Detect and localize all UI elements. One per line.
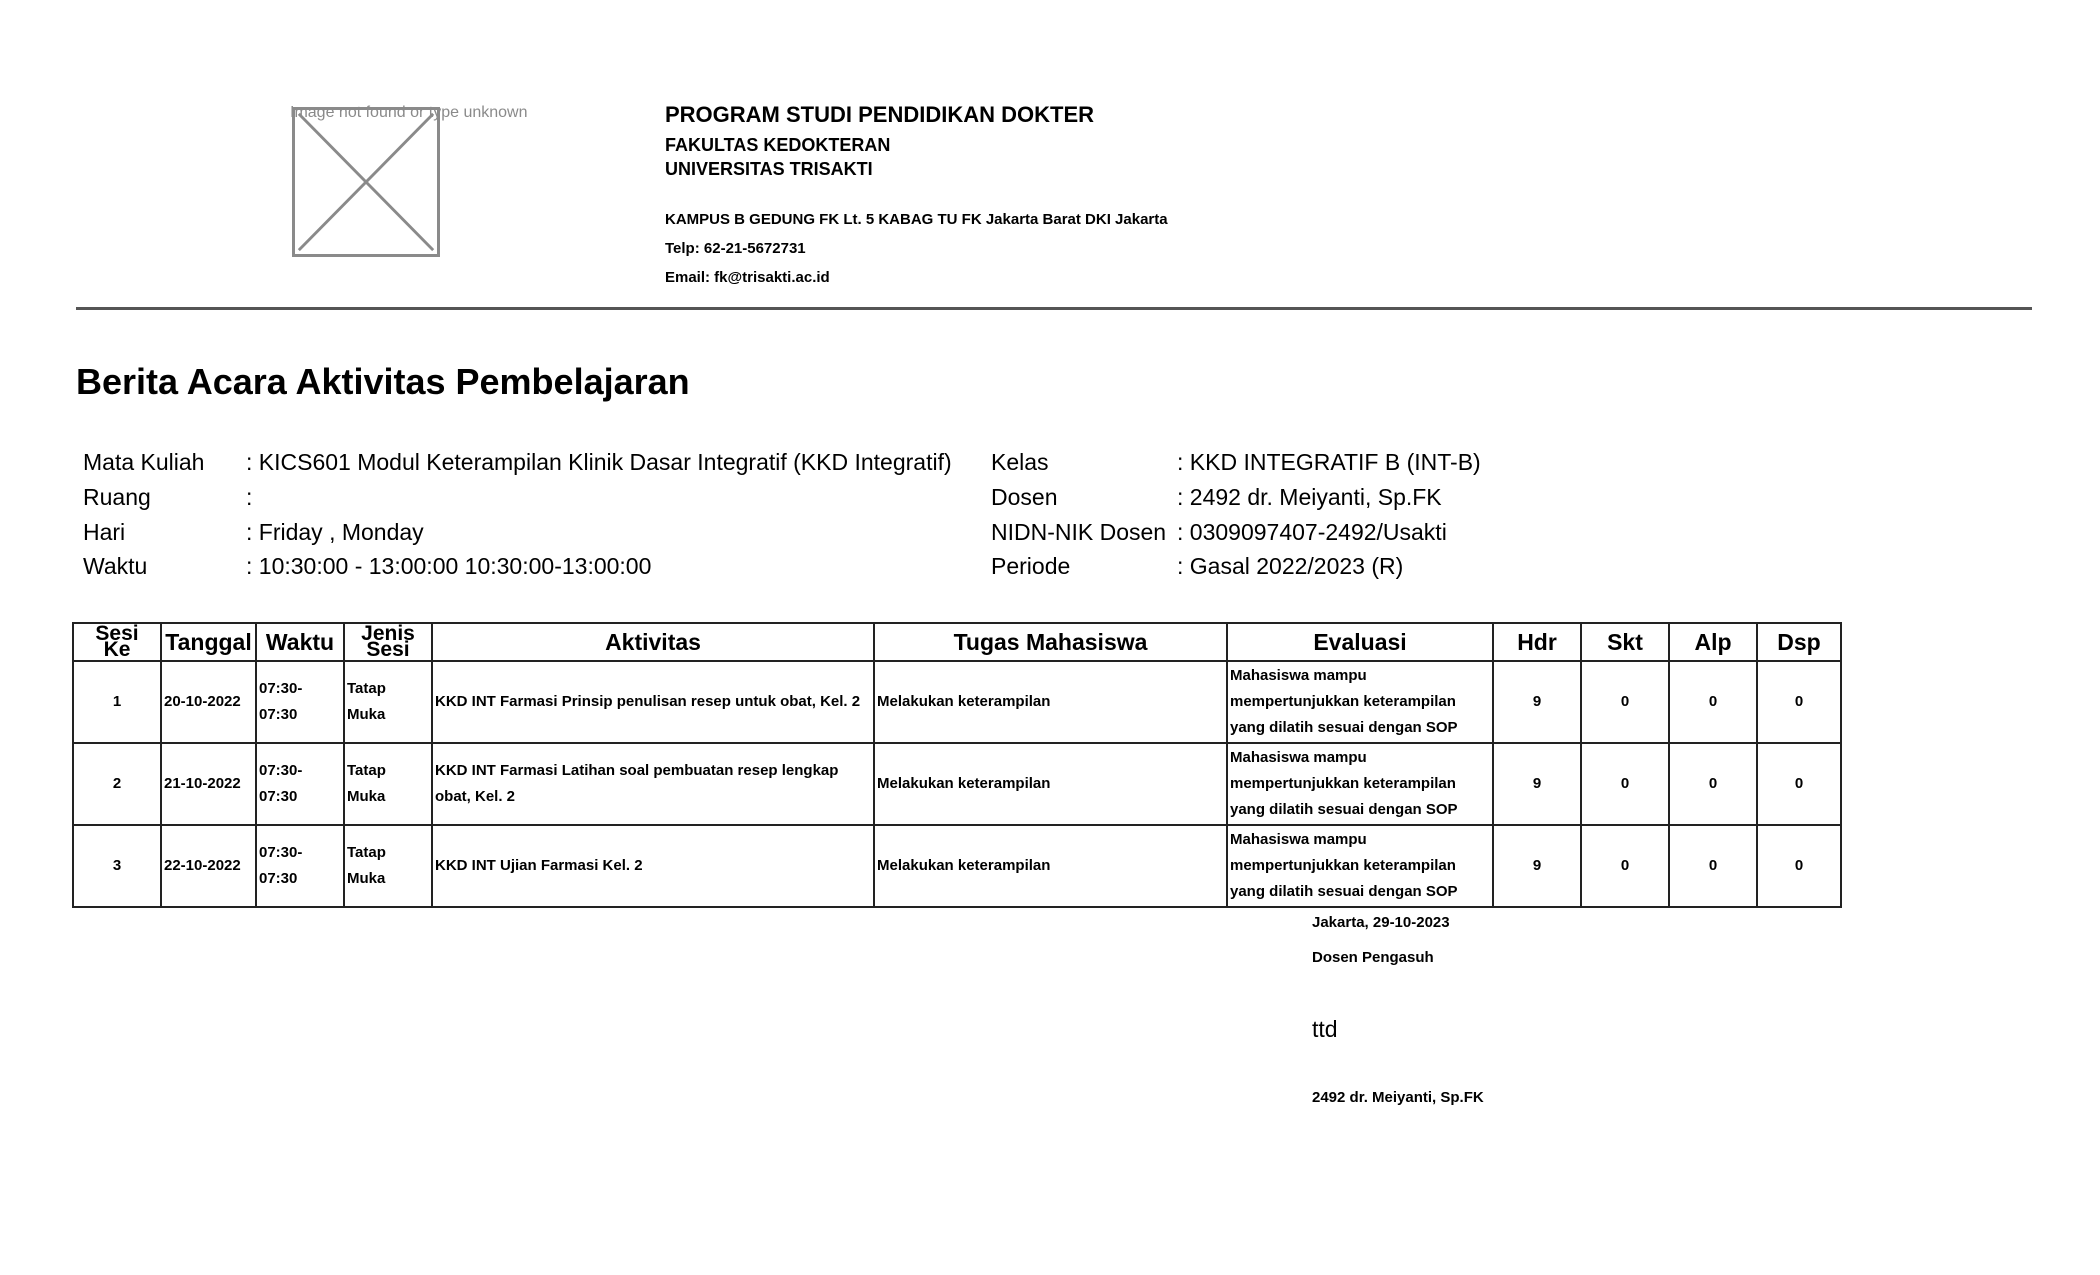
cell-text: 07:30- (259, 762, 302, 779)
cell-sesi: 2 (73, 743, 161, 825)
cell-skt: 0 (1581, 743, 1669, 825)
signature-name: 2492 dr. Meiyanti, Sp.FK (1312, 1089, 1484, 1106)
cell-text: Muka (347, 788, 385, 805)
table-header-row: Sesi Ke Tanggal Waktu Jenis Sesi Aktivit… (73, 623, 1841, 661)
header-sesi-ke: Sesi Ke (73, 623, 161, 661)
cell-text: Tatap (347, 844, 386, 861)
header-text: Sesi (366, 638, 409, 661)
cell-evaluasi: Mahasiswa mampu mempertunjukkan keteramp… (1227, 661, 1493, 743)
cell-dsp: 0 (1757, 743, 1841, 825)
cell-text: 07:30 (259, 788, 297, 805)
institution-phone: Telp: 62-21-5672731 (665, 240, 806, 257)
cell-tanggal: 20-10-2022 (161, 661, 256, 743)
cell-aktivitas: KKD INT Ujian Farmasi Kel. 2 (432, 825, 874, 907)
cell-skt: 0 (1581, 661, 1669, 743)
header-dsp: Dsp (1757, 623, 1841, 661)
cell-text: 07:30- (259, 844, 302, 861)
header-text: Ke (104, 638, 131, 661)
info-value: : Gasal 2022/2023 (R) (1177, 553, 1403, 580)
cell-hdr: 9 (1493, 661, 1581, 743)
cell-waktu: 07:30-07:30 (256, 825, 344, 907)
cell-dsp: 0 (1757, 825, 1841, 907)
header-waktu: Waktu (256, 623, 344, 661)
cell-tugas: Melakukan keterampilan (874, 743, 1227, 825)
cell-tugas: Melakukan keterampilan (874, 825, 1227, 907)
header-divider (76, 307, 2032, 310)
cell-hdr: 9 (1493, 743, 1581, 825)
cell-alp: 0 (1669, 743, 1757, 825)
cell-dsp: 0 (1757, 661, 1841, 743)
info-value: : 10:30:00 - 13:00:00 10:30:00-13:00:00 (246, 553, 651, 580)
faculty-name: FAKULTAS KEDOKTERAN (665, 135, 890, 156)
cell-sesi: 3 (73, 825, 161, 907)
cell-waktu: 07:30-07:30 (256, 661, 344, 743)
info-label: Kelas (991, 449, 1049, 476)
info-value: : KICS601 Modul Keterampilan Klinik Dasa… (246, 449, 952, 476)
info-label: Hari (83, 519, 125, 546)
info-value: : 2492 dr. Meiyanti, Sp.FK (1177, 484, 1442, 511)
table-row: 3 22-10-2022 07:30-07:30 TatapMuka KKD I… (73, 825, 1841, 907)
cell-skt: 0 (1581, 825, 1669, 907)
info-value: : 0309097407-2492/Usakti (1177, 519, 1447, 546)
activity-table: Sesi Ke Tanggal Waktu Jenis Sesi Aktivit… (72, 622, 1842, 908)
header-alp: Alp (1669, 623, 1757, 661)
info-label: Ruang (83, 484, 151, 511)
cell-alp: 0 (1669, 661, 1757, 743)
cell-tanggal: 22-10-2022 (161, 825, 256, 907)
cell-jenis-sesi: TatapMuka (344, 743, 432, 825)
cell-evaluasi: Mahasiswa mampu mempertunjukkan keteramp… (1227, 743, 1493, 825)
document-title: Berita Acara Aktivitas Pembelajaran (76, 361, 690, 403)
cell-alp: 0 (1669, 825, 1757, 907)
info-label: Mata Kuliah (83, 449, 204, 476)
university-name: UNIVERSITAS TRISAKTI (665, 159, 873, 180)
institution-address: KAMPUS B GEDUNG FK Lt. 5 KABAG TU FK Jak… (665, 211, 1168, 228)
cell-sesi: 1 (73, 661, 161, 743)
broken-image-icon (292, 107, 440, 257)
institution-email: Email: fk@trisakti.ac.id (665, 269, 830, 286)
table-row: 1 20-10-2022 07:30-07:30 TatapMuka KKD I… (73, 661, 1841, 743)
cell-jenis-sesi: TatapMuka (344, 661, 432, 743)
info-label: NIDN-NIK Dosen (991, 519, 1166, 546)
broken-image-cross (295, 110, 437, 254)
header-skt: Skt (1581, 623, 1669, 661)
header-jenis-sesi: Jenis Sesi (344, 623, 432, 661)
header-aktivitas: Aktivitas (432, 623, 874, 661)
cell-jenis-sesi: TatapMuka (344, 825, 432, 907)
signature-role: Dosen Pengasuh (1312, 949, 1434, 966)
info-value: : KKD INTEGRATIF B (INT-B) (1177, 449, 1481, 476)
cell-text: Muka (347, 870, 385, 887)
header-evaluasi: Evaluasi (1227, 623, 1493, 661)
header-tugas-mahasiswa: Tugas Mahasiswa (874, 623, 1227, 661)
cell-waktu: 07:30-07:30 (256, 743, 344, 825)
cell-aktivitas: KKD INT Farmasi Latihan soal pembuatan r… (432, 743, 874, 825)
cell-tanggal: 21-10-2022 (161, 743, 256, 825)
signature-ttd: ttd (1312, 1016, 1338, 1043)
cell-text: Muka (347, 706, 385, 723)
cell-hdr: 9 (1493, 825, 1581, 907)
cell-text: Tatap (347, 680, 386, 697)
signature-place-date: Jakarta, 29-10-2023 (1312, 914, 1450, 931)
info-label: Periode (991, 553, 1070, 580)
cell-evaluasi: Mahasiswa mampu mempertunjukkan keteramp… (1227, 825, 1493, 907)
cell-text: 07:30- (259, 680, 302, 697)
cell-text: Tatap (347, 762, 386, 779)
header-tanggal: Tanggal (161, 623, 256, 661)
program-name: PROGRAM STUDI PENDIDIKAN DOKTER (665, 102, 1094, 128)
cell-text: 07:30 (259, 706, 297, 723)
info-value: : (246, 484, 252, 511)
info-label: Waktu (83, 553, 147, 580)
cell-text: 07:30 (259, 870, 297, 887)
info-label: Dosen (991, 484, 1057, 511)
info-value: : Friday , Monday (246, 519, 424, 546)
cell-aktivitas: KKD INT Farmasi Prinsip penulisan resep … (432, 661, 874, 743)
logo-alt-text: Image not found or type unknown (290, 104, 528, 122)
table-row: 2 21-10-2022 07:30-07:30 TatapMuka KKD I… (73, 743, 1841, 825)
header-hdr: Hdr (1493, 623, 1581, 661)
cell-tugas: Melakukan keterampilan (874, 661, 1227, 743)
